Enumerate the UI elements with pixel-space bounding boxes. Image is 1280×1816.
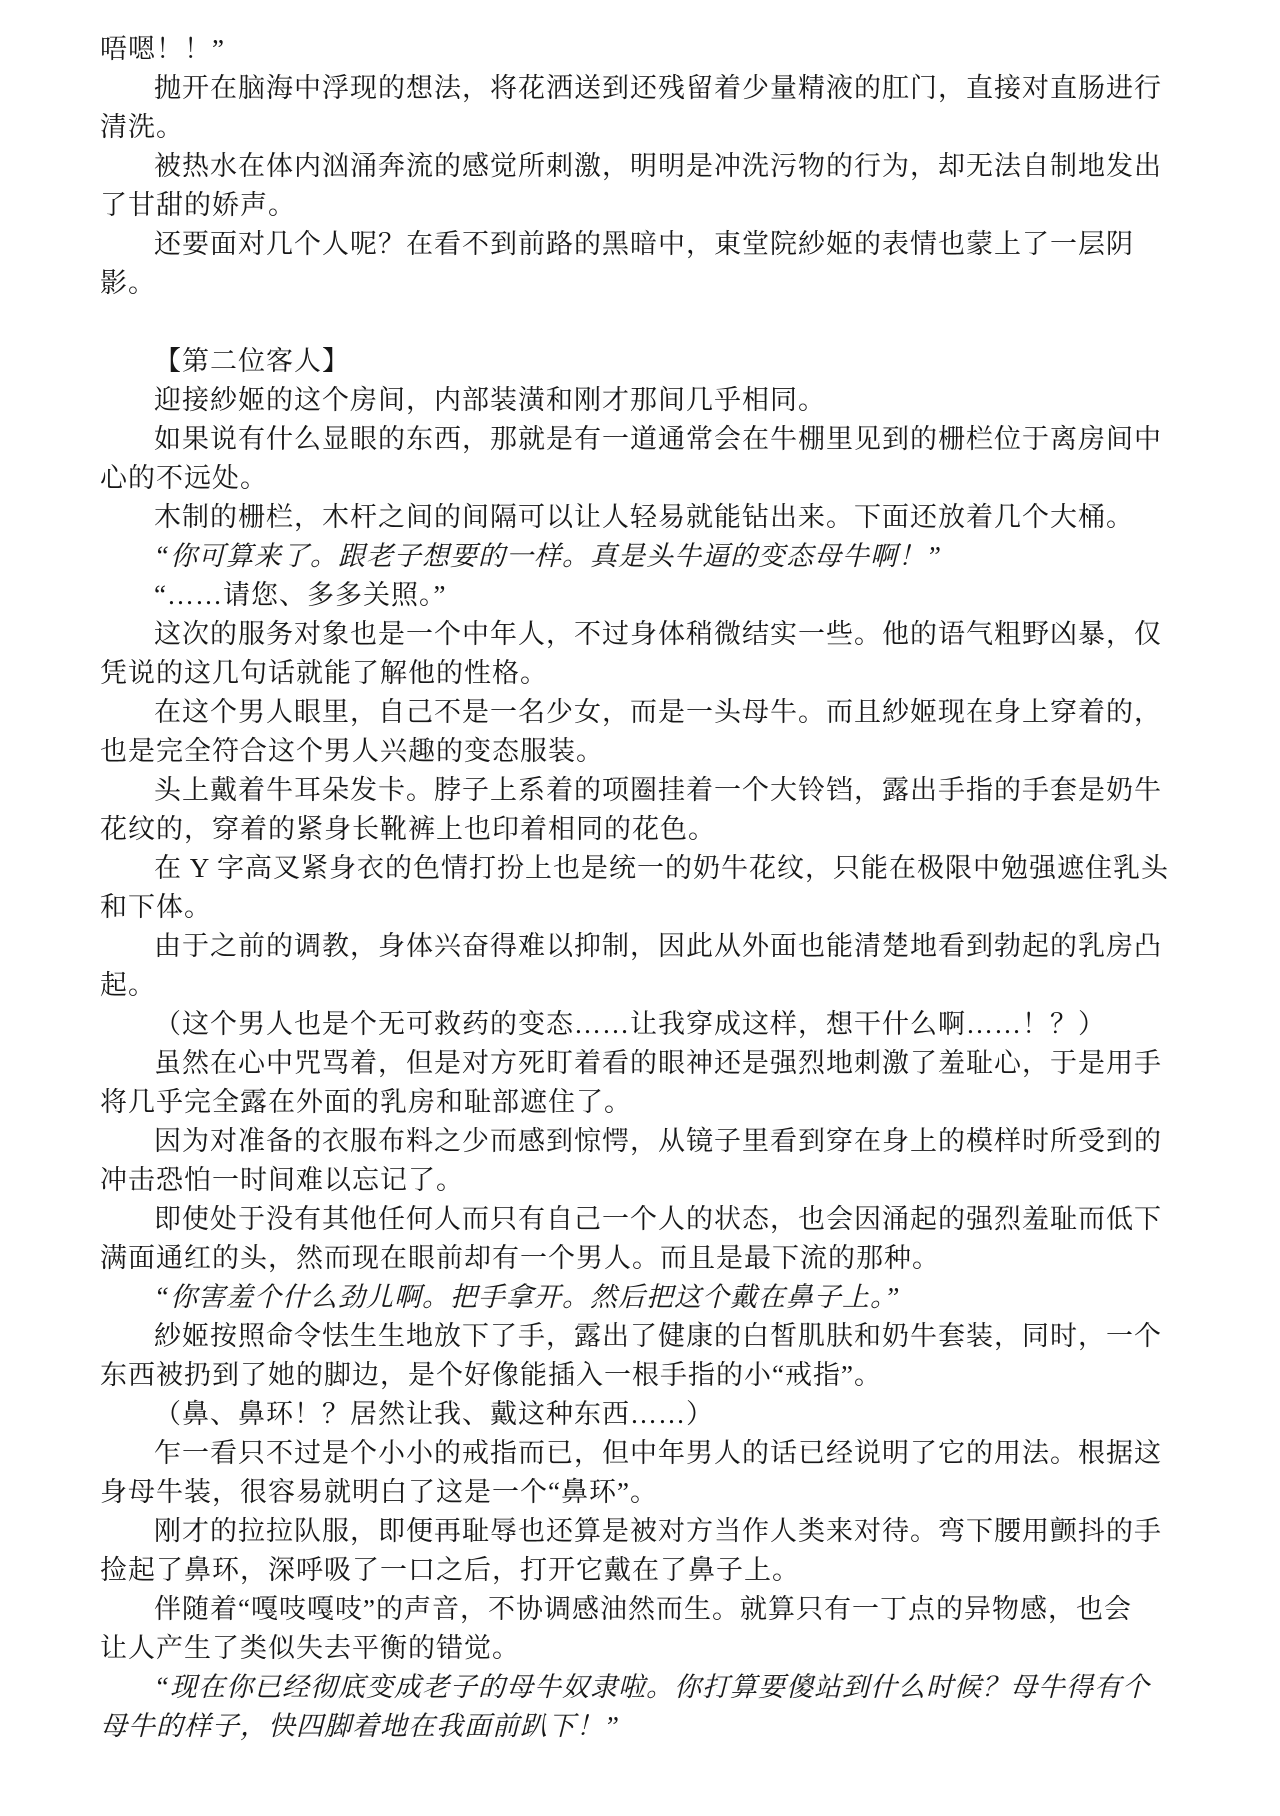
text-line: 抛开在脑海中浮现的想法，将花洒送到还残留着少量精液的肛门，直接对直肠进行 (100, 69, 1200, 108)
text-line: 花纹的，穿着的紧身长靴裤上也印着相同的花色。 (100, 810, 1200, 849)
text-line: 伴随着“嘎吱嘎吱”的声音，不协调感油然而生。就算只有一丁点的异物感，也会 (100, 1590, 1200, 1629)
text-line: 捡起了鼻环，深呼吸了一口之后，打开它戴在了鼻子上。 (100, 1551, 1200, 1590)
text-line: “你可算来了。跟老子想要的一样。真是头牛逼的变态母牛啊！” (100, 537, 1200, 576)
text-line: 即使处于没有其他任何人而只有自己一个人的状态，也会因涌起的强烈羞耻而低下 (100, 1200, 1200, 1239)
section-heading: 【第二位客人】 (100, 342, 1200, 381)
text-line: 头上戴着牛耳朵发卡。脖子上系着的项圈挂着一个大铃铛，露出手指的手套是奶牛 (100, 771, 1200, 810)
text-line: 还要面对几个人呢？在看不到前路的黑暗中，東堂院紗姬的表情也蒙上了一层阴 (100, 225, 1200, 264)
text-line: 东西被扔到了她的脚边，是个好像能插入一根手指的小“戒指”。 (100, 1356, 1200, 1395)
text-line: 在这个男人眼里，自己不是一名少女，而是一头母牛。而且紗姬现在身上穿着的， (100, 693, 1200, 732)
text-line: 凭说的这几句话就能了解他的性格。 (100, 654, 1200, 693)
text-line: 这次的服务对象也是一个中年人，不过身体稍微结实一些。他的语气粗野凶暴，仅 (100, 615, 1200, 654)
text-line: 让人产生了类似失去平衡的错觉。 (100, 1629, 1200, 1668)
text-line: 因为对准备的衣服布料之少而感到惊愕，从镜子里看到穿在身上的模样时所受到的 (100, 1122, 1200, 1161)
text-line: 清洗。 (100, 108, 1200, 147)
text-line: 冲击恐怕一时间难以忘记了。 (100, 1161, 1200, 1200)
text-line: “你害羞个什么劲儿啊。把手拿开。然后把这个戴在鼻子上。” (100, 1278, 1200, 1317)
text-lines-container: 唔嗯！！”抛开在脑海中浮现的想法，将花洒送到还残留着少量精液的肛门，直接对直肠进… (100, 30, 1200, 1746)
text-line: 将几乎完全露在外面的乳房和耻部遮住了。 (100, 1083, 1200, 1122)
text-line: 身母牛装，很容易就明白了这是一个“鼻环”。 (100, 1473, 1200, 1512)
document-page: 唔嗯！！”抛开在脑海中浮现的想法，将花洒送到还残留着少量精液的肛门，直接对直肠进… (0, 0, 1280, 1816)
text-line: 影。 (100, 264, 1200, 303)
text-line: 虽然在心中咒骂着，但是对方死盯着看的眼神还是强烈地刺激了羞耻心，于是用手 (100, 1044, 1200, 1083)
text-line: 乍一看只不过是个小小的戒指而已，但中年男人的话已经说明了它的用法。根据这 (100, 1434, 1200, 1473)
text-line: 紗姬按照命令怯生生地放下了手，露出了健康的白皙肌肤和奶牛套装，同时，一个 (100, 1317, 1200, 1356)
text-line: “现在你已经彻底变成老子的母牛奴隶啦。你打算要傻站到什么时候？母牛得有个 (100, 1668, 1200, 1707)
text-line: 刚才的拉拉队服，即便再耻辱也还算是被对方当作人类来对待。弯下腰用颤抖的手 (100, 1512, 1200, 1551)
text-line: 和下体。 (100, 888, 1200, 927)
text-line: 也是完全符合这个男人兴趣的变态服装。 (100, 732, 1200, 771)
text-line: 在 Y 字高叉紧身衣的色情打扮上也是统一的奶牛花纹，只能在极限中勉强遮住乳头 (100, 849, 1200, 888)
text-line (100, 303, 1200, 342)
text-line: “……请您、多多关照。” (100, 576, 1200, 615)
text-line: 如果说有什么显眼的东西，那就是有一道通常会在牛棚里见到的栅栏位于离房间中 (100, 420, 1200, 459)
text-line: （鼻、鼻环！？居然让我、戴这种东西……） (100, 1395, 1200, 1434)
text-line: （这个男人也是个无可救药的变态……让我穿成这样，想干什么啊……！？） (100, 1005, 1200, 1044)
text-line: 被热水在体内汹涌奔流的感觉所刺激，明明是冲洗污物的行为，却无法自制地发出 (100, 147, 1200, 186)
text-line: 了甘甜的娇声。 (100, 186, 1200, 225)
text-line: 母牛的样子，快四脚着地在我面前趴下！” (100, 1707, 1200, 1746)
text-line: 满面通红的头，然而现在眼前却有一个男人。而且是最下流的那种。 (100, 1239, 1200, 1278)
text-line: 迎接紗姬的这个房间，内部装潢和刚才那间几乎相同。 (100, 381, 1200, 420)
text-line: 由于之前的调教，身体兴奋得难以抑制，因此从外面也能清楚地看到勃起的乳房凸 (100, 927, 1200, 966)
text-line: 唔嗯！！” (100, 30, 1200, 69)
text-line: 起。 (100, 966, 1200, 1005)
text-line: 木制的栅栏，木杆之间的间隔可以让人轻易就能钻出来。下面还放着几个大桶。 (100, 498, 1200, 537)
text-line: 心的不远处。 (100, 459, 1200, 498)
